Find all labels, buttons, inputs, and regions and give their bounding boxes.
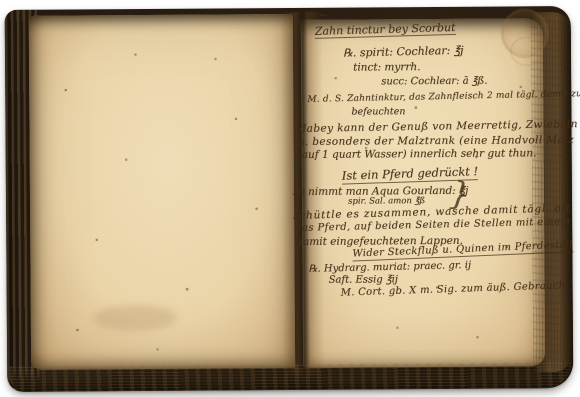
handwriting-layer: * ~ Zahn tinctur bey Scorbut ℞. spirit: … bbox=[5, 6, 574, 392]
manuscript-line: auf 1 quart Wasser) innerlich sehr gut t… bbox=[302, 148, 537, 160]
manuscript-line: dabey kann der Genuß von Meerrettig, Zwi… bbox=[299, 119, 577, 134]
manuscript-line: Saft. Essig ℥ij bbox=[329, 275, 398, 285]
manuscript-pen-marks: * ~ bbox=[309, 10, 328, 21]
manuscript-line: succ: Cochlear: ā ℥ß. bbox=[381, 77, 487, 88]
manuscript-heading: Zahn tinctur bey Scorbut bbox=[315, 22, 456, 39]
manuscript-line: tinct: myrrh. bbox=[353, 62, 420, 73]
manuscript-line: ℞. Hydrarg. muriat: praec. gr. ij bbox=[308, 261, 471, 275]
manuscript-line: M. d. S. Zahntinktur, das Zahnfleisch 2 … bbox=[307, 90, 580, 105]
manuscript-line: ℞. spirit: Cochlear: ℥j bbox=[343, 45, 464, 59]
manuscript-line: spir. Sal. amon ℥ß bbox=[348, 197, 425, 206]
manuscript-line: befeuchten bbox=[351, 107, 405, 117]
manuscript-line: u. besonders der Malztrank (eine Handvol… bbox=[298, 135, 574, 147]
book-photo: * ~ Zahn tinctur bey Scorbut ℞. spirit: … bbox=[0, 0, 580, 397]
open-book: * ~ Zahn tinctur bey Scorbut ℞. spirit: … bbox=[5, 6, 574, 392]
